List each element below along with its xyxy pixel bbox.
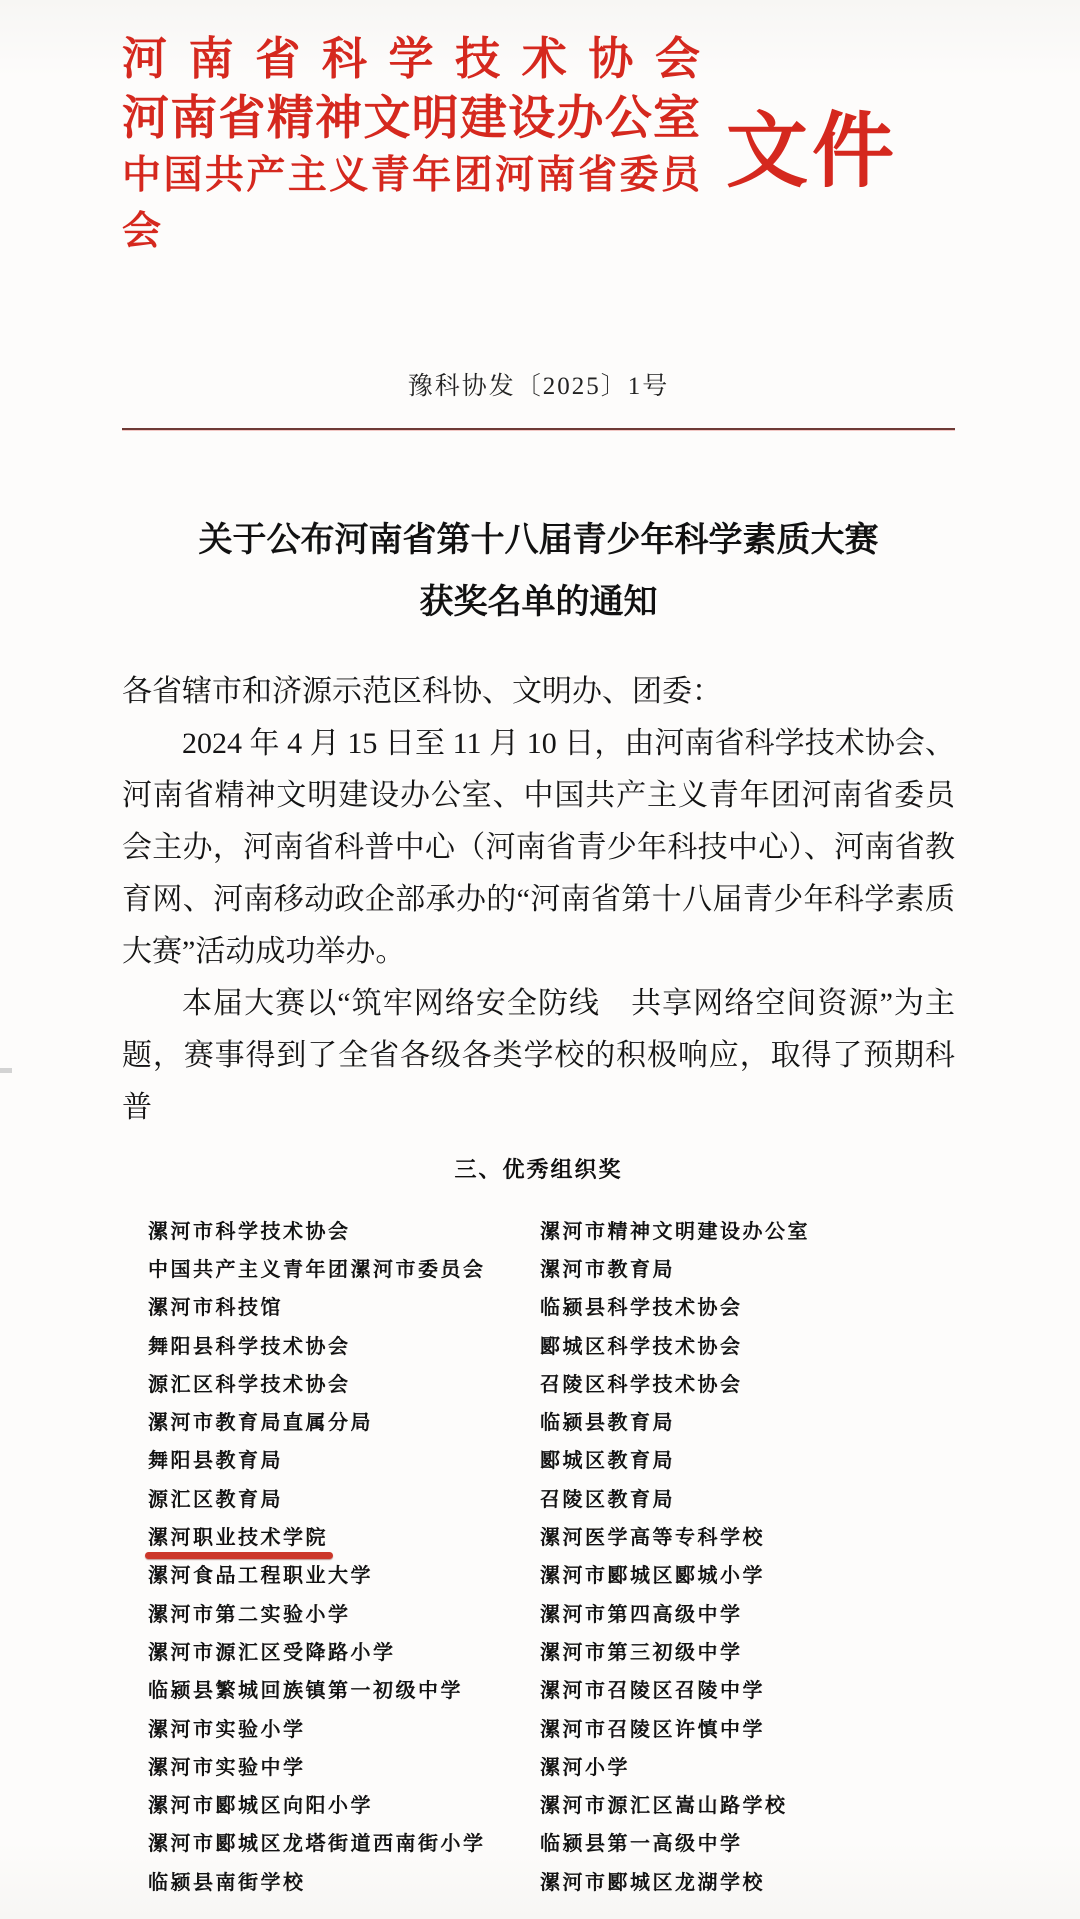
award-item: 漯河市郾城区向阳小学 <box>122 1784 540 1822</box>
award-item: 漯河医学高等专科学校 <box>540 1516 955 1554</box>
document-body: 各省辖市和济源示范区科协、文明办、团委： 2024 年 4 月 15 日至 11… <box>122 666 955 1134</box>
official-document-page: 河南省科学技术协会 河南省精神文明建设办公室 中国共产主义青年团河南省委员会 文… <box>0 0 1080 1919</box>
issuing-organizations: 河南省科学技术协会 河南省精神文明建设办公室 中国共产主义青年团河南省委员会 <box>122 28 700 260</box>
award-item: 召陵区科学技术协会 <box>540 1363 955 1401</box>
award-item: 漯河市第三初级中学 <box>540 1631 955 1669</box>
award-item: 漯河市郾城区龙塔街道西南街小学 <box>122 1823 540 1861</box>
document-number: 豫科协发〔2025〕1号 <box>122 372 955 402</box>
org-line-1: 河南省科学技术协会 <box>122 28 700 90</box>
award-item: 漯河市实验小学 <box>122 1708 540 1746</box>
salutation: 各省辖市和济源示范区科协、文明办、团委： <box>122 666 955 718</box>
award-item: 漯河市第二实验小学 <box>122 1593 540 1631</box>
award-winners-list: 漯河市科学技术协会 漯河市精神文明建设办公室 中国共产主义青年团漯河市委员会 漯… <box>122 1210 955 1899</box>
award-item: 漯河市郾城区郾城小学 <box>540 1555 955 1593</box>
award-item: 临颍县南街学校 <box>122 1861 540 1899</box>
org-line-2: 河南省精神文明建设办公室 <box>122 90 700 148</box>
document-title-line-2: 获奖名单的通知 <box>122 572 955 634</box>
award-item: 漯河市精神文明建设办公室 <box>540 1210 955 1248</box>
award-item: 漯河市科学技术协会 <box>122 1210 540 1248</box>
award-item: 郾城区教育局 <box>540 1440 955 1478</box>
award-item: 中国共产主义青年团漯河市委员会 <box>122 1248 540 1286</box>
award-item: 漯河小学 <box>540 1746 955 1784</box>
letterhead: 河南省科学技术协会 河南省精神文明建设办公室 中国共产主义青年团河南省委员会 文… <box>122 28 955 260</box>
award-item: 舞阳县科学技术协会 <box>122 1325 540 1363</box>
award-item: 舞阳县教育局 <box>122 1440 540 1478</box>
award-item: 漯河市实验中学 <box>122 1746 540 1784</box>
award-item: 漯河市教育局直属分局 <box>122 1401 540 1439</box>
award-item: 源汇区教育局 <box>122 1478 540 1516</box>
award-item: 临颍县第一高级中学 <box>540 1823 955 1861</box>
award-item: 漯河市第四高级中学 <box>540 1593 955 1631</box>
paragraph-1: 2024 年 4 月 15 日至 11 月 10 日，由河南省科学技术协会、河南… <box>122 718 955 978</box>
award-item: 漯河市郾城区龙湖学校 <box>540 1861 955 1899</box>
award-item: 临颍县科学技术协会 <box>540 1287 955 1325</box>
red-underline-highlight: 漯河职业技术学院 <box>148 1521 328 1550</box>
award-item: 漯河市源汇区嵩山路学校 <box>540 1784 955 1822</box>
award-item: 漯河市召陵区许慎中学 <box>540 1708 955 1746</box>
scan-artifact-mark <box>0 1068 12 1073</box>
award-item: 临颍县教育局 <box>540 1401 955 1439</box>
document-type-label: 文件 <box>726 86 898 203</box>
award-item-highlighted: 漯河职业技术学院 <box>122 1516 540 1554</box>
award-item: 漯河市召陵区召陵中学 <box>540 1670 955 1708</box>
document-title: 关于公布河南省第十八届青少年科学素质大赛 获奖名单的通知 <box>122 510 955 634</box>
section-heading-excellent-organization-award: 三、优秀组织奖 <box>122 1150 955 1190</box>
red-divider-rule <box>122 428 955 430</box>
award-item: 郾城区科学技术协会 <box>540 1325 955 1363</box>
paragraph-2: 本届大赛以“筑牢网络安全防线 共享网络空间资源”为主题，赛事得到了全省各级各类学… <box>122 978 955 1134</box>
award-item: 漯河市教育局 <box>540 1248 955 1286</box>
award-item: 召陵区教育局 <box>540 1478 955 1516</box>
award-item: 源汇区科学技术协会 <box>122 1363 540 1401</box>
award-item: 漯河食品工程职业大学 <box>122 1555 540 1593</box>
org-line-3: 中国共产主义青年团河南省委员会 <box>122 148 700 260</box>
award-item: 漯河市源汇区受降路小学 <box>122 1631 540 1669</box>
document-title-line-1: 关于公布河南省第十八届青少年科学素质大赛 <box>122 510 955 572</box>
award-item: 漯河市科技馆 <box>122 1287 540 1325</box>
award-item: 临颍县繁城回族镇第一初级中学 <box>122 1670 540 1708</box>
